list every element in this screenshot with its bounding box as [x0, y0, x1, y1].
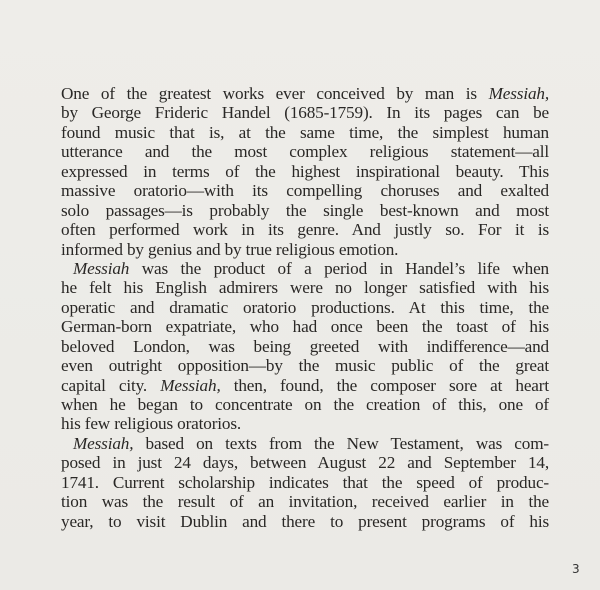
text-line: German-born expatriate, who had once bee…: [61, 317, 549, 336]
text-line: One of the greatest works ever conceived…: [61, 84, 549, 103]
paragraph-2: Messiah was the product of a period in H…: [61, 259, 549, 434]
paragraph-1: One of the greatest works ever conceived…: [61, 84, 549, 259]
text-line: utterance and the most complex religious…: [61, 142, 549, 161]
text-line: when he began to concentrate on the crea…: [61, 395, 549, 414]
text-line: by George Frideric Handel (1685-1759). I…: [61, 103, 549, 122]
text-line: he felt his English admirers were no lon…: [61, 278, 549, 297]
page-number: 3: [572, 562, 580, 576]
text-line: often performed work in its genre. And j…: [61, 220, 549, 239]
text-line: Messiah was the product of a period in H…: [61, 259, 549, 278]
text-line: informed by genius and by true religious…: [61, 240, 549, 259]
text-line: beloved London, was being greeted with i…: [61, 337, 549, 356]
text-line: massive oratorio—with its compelling cho…: [61, 181, 549, 200]
text-line: expressed in terms of the highest inspir…: [61, 162, 549, 181]
text-line: solo passages—is probably the single bes…: [61, 201, 549, 220]
paragraph-3: Messiah, based on texts from the New Tes…: [61, 434, 549, 531]
text-line: tion was the result of an invitation, re…: [61, 492, 549, 511]
text-line: posed in just 24 days, between August 22…: [61, 453, 549, 472]
text-line: capital city. Messiah, then, found, the …: [61, 376, 549, 395]
text-line: his few religious oratorios.: [61, 414, 549, 433]
booklet-page: One of the greatest works ever conceived…: [0, 0, 600, 590]
text-line: year, to visit Dublin and there to prese…: [61, 512, 549, 531]
text-line: even outright opposition—by the music pu…: [61, 356, 549, 375]
text-line: found music that is, at the same time, t…: [61, 123, 549, 142]
text-line: Messiah, based on texts from the New Tes…: [61, 434, 549, 453]
text-line: 1741. Current scholarship indicates that…: [61, 473, 549, 492]
text-line: operatic and dramatic oratorio productio…: [61, 298, 549, 317]
body-text: One of the greatest works ever conceived…: [61, 84, 549, 531]
